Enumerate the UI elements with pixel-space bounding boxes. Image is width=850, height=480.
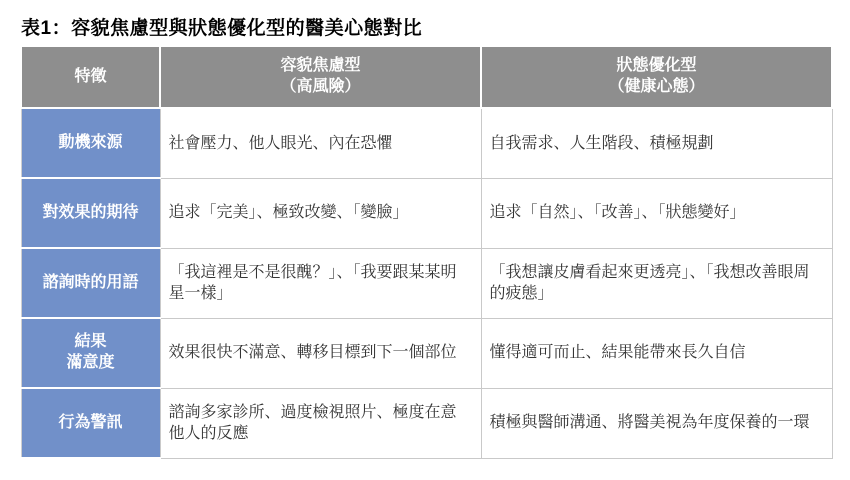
table-row-motivation: 動機來源 社會壓力、他人眼光、內在恐懼 自我需求、人生階段、積極規劃 [21,108,832,178]
table-row-behavior-warning: 行為警訊 諮詢多家診所、過度檢視照片、極度在意他人的反應 積極與醫師溝通、將醫美… [21,388,832,458]
header-optimizer-type: 狀態優化型 （健康心態） [481,46,832,108]
optimizer-cell: 追求「自然」、「改善」、「狀態變好」 [481,178,832,248]
feature-cell: 諮詢時的用語 [21,248,160,318]
header-row: 特徵 容貌焦慮型 （高風險） 狀態優化型 （健康心態） [21,46,832,108]
feature-cell: 結果 滿意度 [21,318,160,388]
feature-cell: 行為警訊 [21,388,160,458]
anxious-cell: 「我這裡是不是很醜？」、「我要跟某某明星一樣」 [160,248,481,318]
comparison-table: 特徵 容貌焦慮型 （高風險） 狀態優化型 （健康心態） 動機來源 社會壓力、他人… [20,45,833,459]
table-row-result-satisfaction: 結果 滿意度 效果很快不滿意、轉移目標到下一個部位 懂得適可而止、結果能帶來長久… [21,318,832,388]
page: 表1：容貌焦慮型與狀態優化型的醫美心態對比 特徵 容貌焦慮型 （高風險） 狀態優… [0,0,850,480]
anxious-cell: 追求「完美」、極致改變、「變臉」 [160,178,481,248]
header-feature: 特徵 [21,46,160,108]
header-optimizer-label: 狀態優化型 [486,56,827,77]
anxious-cell: 諮詢多家診所、過度檢視照片、極度在意他人的反應 [160,388,481,458]
header-anxious-type: 容貌焦慮型 （高風險） [160,46,481,108]
anxious-cell: 社會壓力、他人眼光、內在恐懼 [160,108,481,178]
table-row-consult-language: 諮詢時的用語 「我這裡是不是很醜？」、「我要跟某某明星一樣」 「我想讓皮膚看起來… [21,248,832,318]
header-anxious-sublabel: （高風險） [165,77,476,98]
optimizer-cell: 懂得適可而止、結果能帶來長久自信 [481,318,832,388]
optimizer-cell: 「我想讓皮膚看起來更透亮」、「我想改善眼周的疲態」 [481,248,832,318]
optimizer-cell: 積極與醫師溝通、將醫美視為年度保養的一環 [481,388,832,458]
header-anxious-label: 容貌焦慮型 [165,56,476,77]
table-title: 表1：容貌焦慮型與狀態優化型的醫美心態對比 [21,13,422,40]
table-row-expectation: 對效果的期待 追求「完美」、極致改變、「變臉」 追求「自然」、「改善」、「狀態變… [21,178,832,248]
feature-cell: 動機來源 [21,108,160,178]
optimizer-cell: 自我需求、人生階段、積極規劃 [481,108,832,178]
feature-cell: 對效果的期待 [21,178,160,248]
header-optimizer-sublabel: （健康心態） [486,77,827,98]
header-feature-label: 特徵 [26,67,155,88]
anxious-cell: 效果很快不滿意、轉移目標到下一個部位 [160,318,481,388]
